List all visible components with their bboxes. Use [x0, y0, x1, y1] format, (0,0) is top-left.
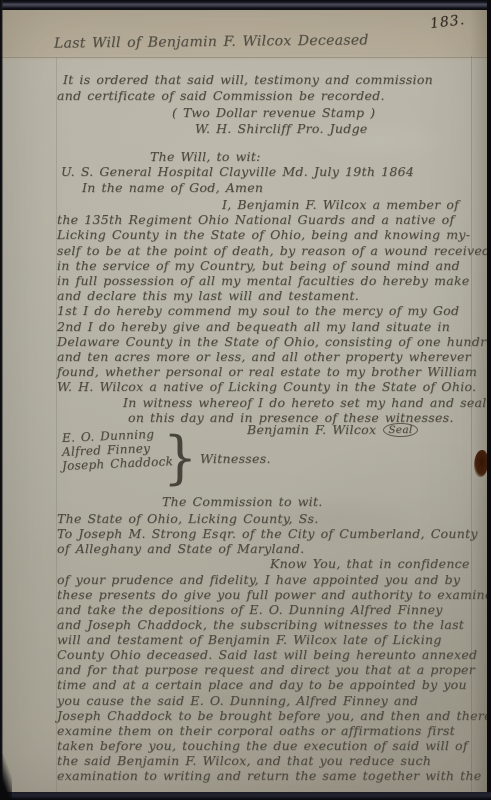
testator-signature: Benjamin F. WilcoxSeal [247, 422, 418, 438]
commission-line: Joseph Chaddock to be brought before you… [57, 708, 491, 723]
will-body-paragraph: I, Benjamin F. Wilcox a member of the 13… [57, 197, 491, 425]
bottom-left-corner-shadow [0, 754, 12, 800]
will-line: W. H. Wilcox a native of Licking County … [57, 379, 491, 394]
witnesses-label: Witnesses. [200, 451, 271, 466]
commission-line: taken before you, touching the due execu… [57, 738, 491, 753]
right-photo-edge [487, 0, 491, 800]
invocation-line: In the name of God, Amen [82, 180, 263, 195]
commission-line: and Joseph Chaddock, the subscribing wit… [57, 617, 491, 632]
will-line: in the service of my Country, but being … [57, 258, 491, 273]
will-line: Licking County in the State of Ohio, bei… [57, 227, 491, 242]
witness-name-list: E. O. Dunning Alfred Finney Joseph Chadd… [62, 431, 173, 474]
commission-line: of Alleghany and State of Maryland. [57, 541, 491, 556]
will-line: in full possession of all my mental facu… [57, 273, 491, 288]
testator-name: Benjamin F. Wilcox [247, 422, 376, 437]
commission-line: will and testament of Benjamin F. Wilcox… [57, 632, 491, 647]
seal-mark: Seal [383, 423, 417, 437]
will-line: found, whether personal or real estate t… [57, 364, 491, 379]
will-line: and declare this my last will and testam… [57, 288, 491, 303]
commission-line: and take the depositions of E. O. Dunnin… [57, 602, 491, 617]
witness-name: Joseph Chaddock [62, 455, 174, 474]
commission-line: County Ohio deceased. Said last will bei… [57, 647, 491, 662]
commission-paragraph: The State of Ohio, Licking County, Ss. T… [57, 511, 491, 783]
commission-section-heading: The Commission to wit. [162, 494, 323, 509]
document-title: Last Will of Benjamin F. Wilcox Deceased [54, 32, 369, 51]
commission-line: examine them on their corporal oaths or … [57, 723, 491, 738]
commission-line: of your prudence and fidelity, I have ap… [57, 572, 491, 587]
order-line: and certificate of said Commission be re… [57, 88, 433, 104]
commission-line: examination to writing and return the sa… [57, 768, 491, 783]
top-binding-edge [0, 0, 491, 10]
commission-line: these presents do give you full power an… [57, 587, 491, 602]
will-line: 2nd I do hereby give and bequeath all my… [57, 319, 491, 334]
will-line: the 135th Regiment Ohio National Guards … [57, 212, 491, 227]
commission-line: To Joseph M. Strong Esqr. of the City of… [57, 526, 491, 541]
order-line: It is ordered that said will, testimony … [57, 72, 433, 88]
probate-order-paragraph: It is ordered that said will, testimony … [57, 72, 433, 137]
will-line: self to be at the point of death, by rea… [57, 243, 491, 258]
revenue-stamp-note: ( Two Dollar revenue Stamp ) [57, 105, 433, 121]
commission-line: and for that purpose request and direct … [57, 662, 491, 677]
will-line: Delaware County in the State of Ohio, co… [57, 334, 491, 349]
will-section-heading: The Will, to wit: [150, 149, 261, 164]
will-line: and ten acres more or less, and all othe… [57, 349, 491, 364]
commission-line: Know You, that in confidence [57, 556, 491, 571]
header-rule-line [0, 57, 487, 58]
hospital-dateline: U. S. General Hospital Clayville Md. Jul… [61, 164, 414, 179]
will-line: I, Benjamin F. Wilcox a member of [57, 197, 491, 212]
witness-brace: } [163, 424, 198, 490]
will-line: In witness whereof I do hereto set my ha… [57, 395, 491, 410]
bottom-photo-edge [0, 792, 491, 800]
commission-line: time and at a certain place and day to b… [57, 677, 491, 692]
left-photo-edge [0, 0, 3, 800]
will-line: 1st I do hereby commend my soul to the m… [57, 303, 491, 318]
judge-signature: W. H. Shircliff Pro. Judge [57, 121, 433, 137]
ledger-photo: 183. Last Will of Benjamin F. Wilcox Dec… [0, 0, 491, 800]
commission-line: The State of Ohio, Licking County, Ss. [57, 511, 491, 526]
commission-line: the said Benjamin F. Wilcox, and that yo… [57, 753, 491, 768]
commission-line: you cause the said E. O. Dunning, Alfred… [57, 693, 491, 708]
